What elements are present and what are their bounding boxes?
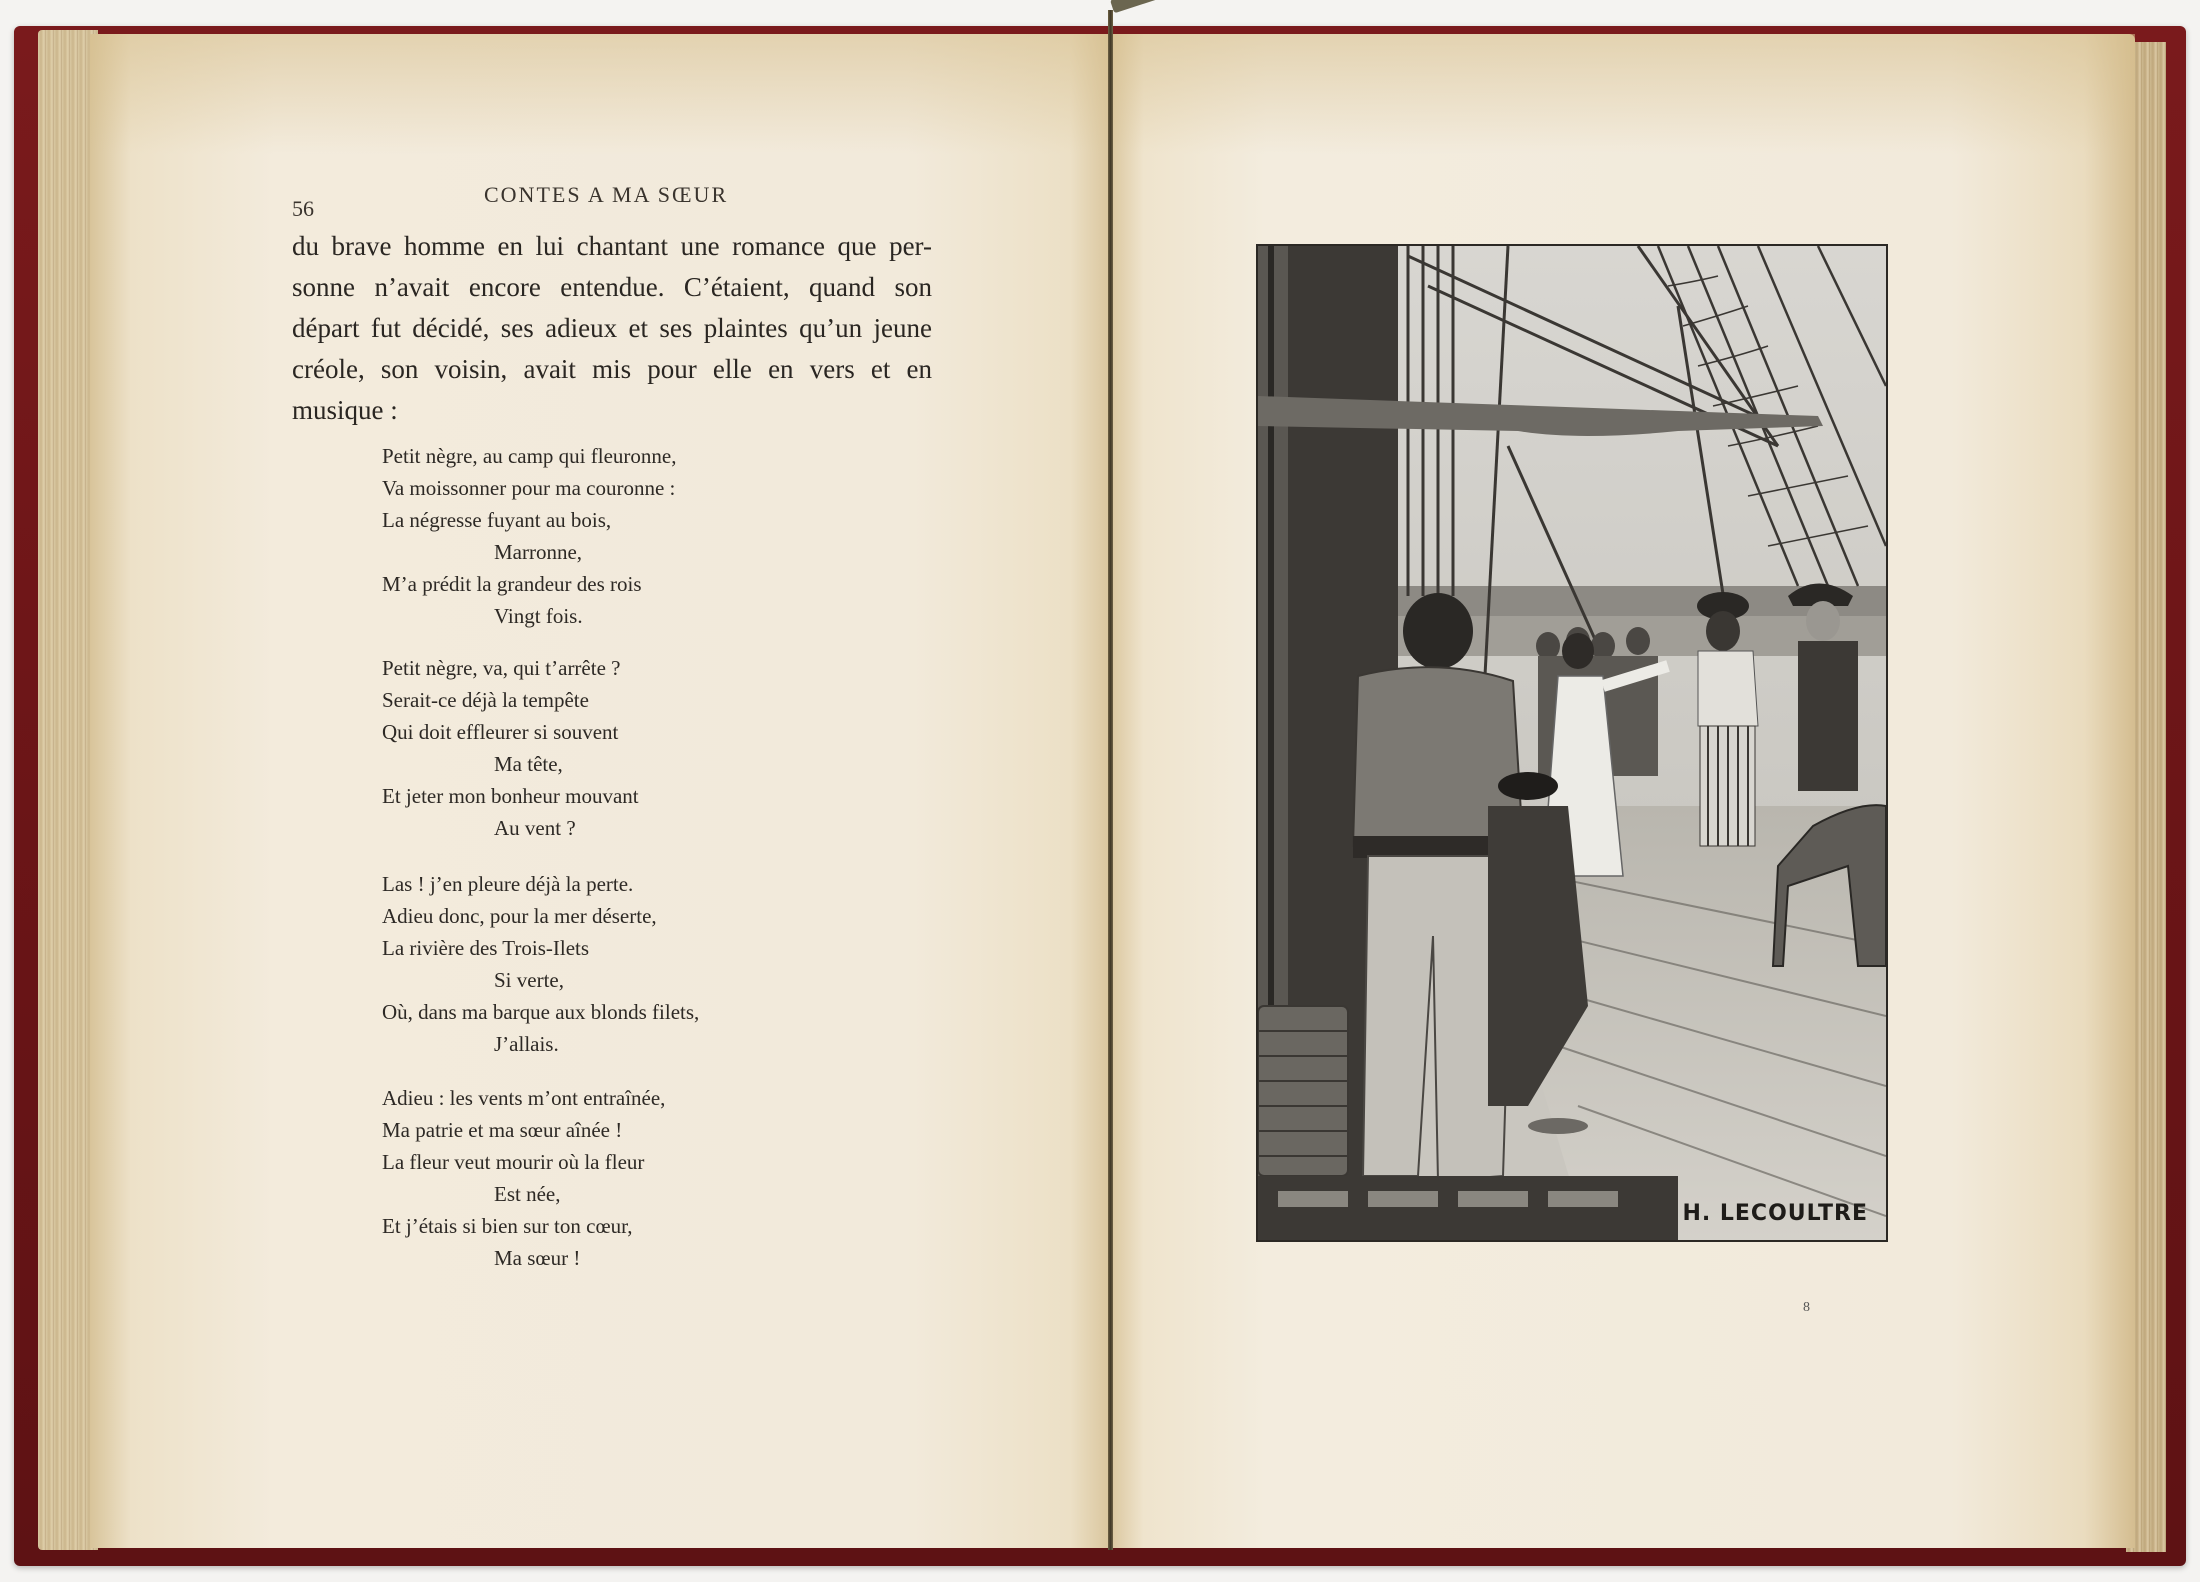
stanza-2: Petit nègre, va, qui t’arrête ? Serait-c… <box>382 652 639 844</box>
verse-line-refrain: Vingt fois. <box>382 600 676 632</box>
verse-line-refrain: Marronne, <box>382 536 676 568</box>
ship-deck-illustration: H. LECOULTRE <box>1256 244 1888 1242</box>
verse-line: Las ! j’en pleure déjà la perte. <box>382 868 699 900</box>
verse-line: Petit nègre, va, qui t’arrête ? <box>382 652 639 684</box>
verse-line: Qui doit effleurer si souvent <box>382 716 639 748</box>
engraving-scene <box>1258 246 1886 1240</box>
prose-paragraph: du brave homme en lui chantant une roman… <box>292 226 932 431</box>
verse-line-refrain: Ma sœur ! <box>382 1242 665 1274</box>
verse-line-refrain: Si verte, <box>382 964 699 996</box>
artist-signature: H. LECOULTRE <box>1682 1201 1868 1226</box>
verse-line: Petit nègre, au camp qui fleuronne, <box>382 440 676 472</box>
verse-line-refrain: Ma tête, <box>382 748 639 780</box>
verse-line: Va moissonner pour ma couronne : <box>382 472 676 504</box>
page-number: 56 <box>292 196 314 222</box>
verse-line: La rivière des Trois-Ilets <box>382 932 699 964</box>
plate-number: 8 <box>1803 1300 1810 1316</box>
verse-line: Adieu : les vents m’ont entraînée, <box>382 1082 665 1114</box>
prose-line: sonne n’avait encore entendue. C’étaient… <box>292 267 932 308</box>
verse-line: Où, dans ma barque aux blonds filets, <box>382 996 699 1028</box>
prose-line: départ fut décidé, ses adieux et ses pla… <box>292 308 932 349</box>
running-head: CONTES A MA SŒUR <box>484 182 728 208</box>
verse-line: Serait-ce déjà la tempête <box>382 684 639 716</box>
stanza-3: Las ! j’en pleure déjà la perte. Adieu d… <box>382 868 699 1060</box>
bookmark-ribbon <box>1110 0 1171 13</box>
verse-line: M’a prédit la grandeur des rois <box>382 568 676 600</box>
prose-line: du brave homme en lui chantant une roman… <box>292 226 932 267</box>
book-gutter <box>1108 10 1113 1550</box>
stanza-1: Petit nègre, au camp qui fleuronne, Va m… <box>382 440 676 632</box>
verse-line: Adieu donc, pour la mer déserte, <box>382 900 699 932</box>
prose-line: musique : <box>292 390 932 431</box>
verse-line-refrain: J’allais. <box>382 1028 699 1060</box>
verse-line: La fleur veut mourir où la fleur <box>382 1146 665 1178</box>
prose-line: créole, son voisin, avait mis pour elle … <box>292 349 932 390</box>
verse-line: Et j’étais si bien sur ton cœur, <box>382 1210 665 1242</box>
left-page-edges <box>38 30 98 1550</box>
verse-line: Ma patrie et ma sœur aînée ! <box>382 1114 665 1146</box>
verse-line: La négresse fuyant au bois, <box>382 504 676 536</box>
verse-line-refrain: Est née, <box>382 1178 665 1210</box>
verse-line: Et jeter mon bonheur mouvant <box>382 780 639 812</box>
verse-line-refrain: Au vent ? <box>382 812 639 844</box>
stanza-4: Adieu : les vents m’ont entraînée, Ma pa… <box>382 1082 665 1274</box>
